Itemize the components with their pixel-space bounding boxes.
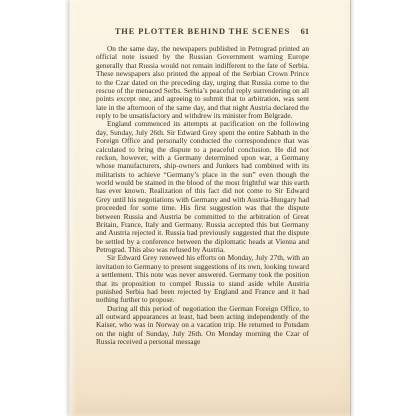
paragraph: England commenced its attempts at pacifi… — [96, 120, 309, 254]
page-header: THE PLOTTER BEHIND THE SCENES 61 — [96, 27, 309, 36]
paragraph: On the same day, the newspapers publishe… — [96, 45, 309, 120]
page-number: 61 — [301, 27, 309, 36]
paragraph: Sir Edward Grey renewed his efforts on M… — [96, 254, 309, 304]
page-body: On the same day, the newspapers publishe… — [96, 45, 309, 347]
paragraph: During all this period of negotiation th… — [96, 305, 309, 347]
book-page: THE PLOTTER BEHIND THE SCENES 61 On the … — [69, 0, 351, 416]
running-title: THE PLOTTER BEHIND THE SCENES — [115, 27, 290, 36]
